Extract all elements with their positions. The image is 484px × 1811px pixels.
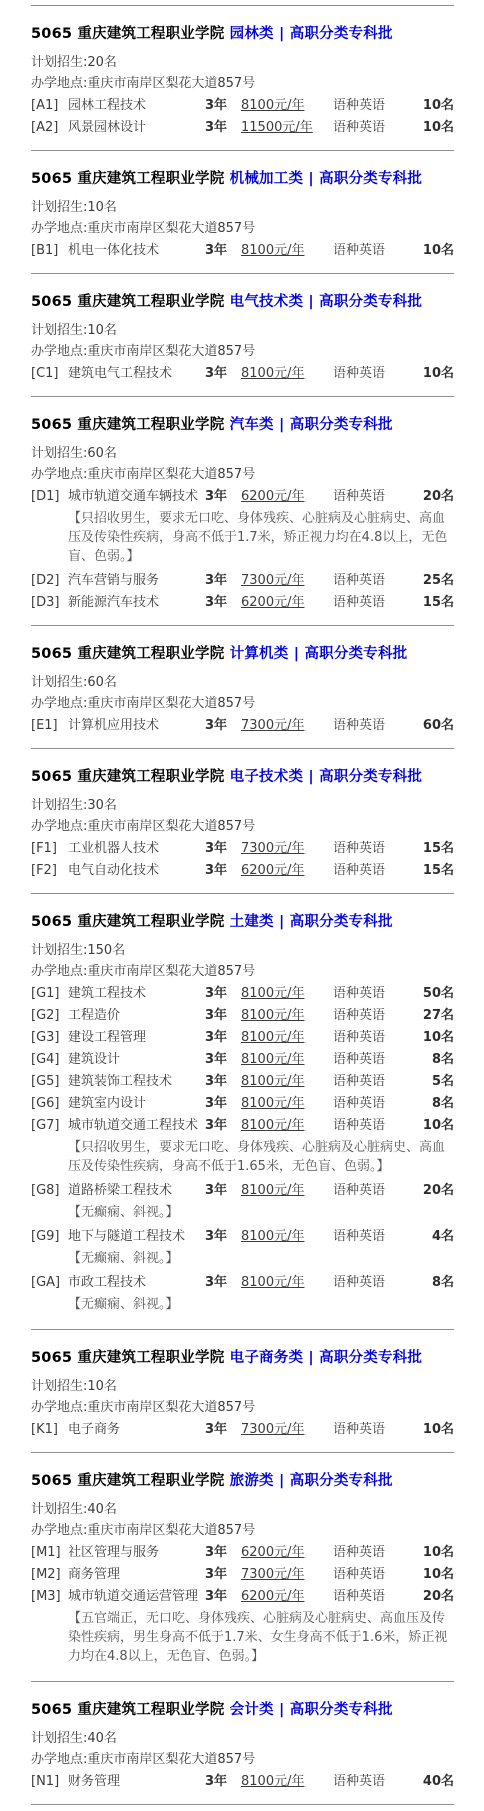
section-divider: [31, 396, 454, 397]
section-bottom-spacer: [31, 139, 454, 150]
enrollment-count: 5名: [411, 1071, 454, 1093]
major-row: [F1] 工业机器人技术 3年 7300元/年 语种英语 15名: [31, 838, 454, 860]
language-requirement: 语种英语: [333, 592, 411, 614]
major-code: [G2]: [31, 1005, 68, 1027]
major-rows: [A1] 园林工程技术 3年 8100元/年 语种英语 10名 [A2] 风景园…: [31, 95, 454, 139]
major-name: 园林工程技术: [68, 95, 205, 117]
major-rows: [K1] 电子商务 3年 7300元/年 语种英语 10名: [31, 1419, 454, 1441]
enrollment-count: 10名: [411, 1542, 454, 1564]
study-duration: 3年: [205, 983, 241, 1005]
section-bottom-spacer: [31, 1441, 454, 1452]
language-requirement: 语种英语: [333, 1180, 411, 1202]
tuition-fee-link[interactable]: 8100元/年: [241, 1093, 333, 1115]
major-code: [K1]: [31, 1419, 68, 1441]
study-duration: 3年: [205, 1586, 241, 1608]
section-divider: [31, 748, 454, 749]
study-duration: 3年: [205, 1180, 241, 1202]
school-code-name: 5065 重庆建筑工程职业学院: [31, 294, 224, 310]
tuition-fee-link[interactable]: 8100元/年: [241, 363, 333, 385]
plan-quota-line: 计划招生:10名: [31, 320, 454, 341]
campus-location-line: 办学地点:重庆市南岸区梨花大道857号: [31, 1397, 454, 1418]
enrollment-count: 20名: [411, 1586, 454, 1608]
major-name: 建筑工程技术: [68, 983, 205, 1005]
language-requirement: 语种英语: [333, 1771, 411, 1793]
language-requirement: 语种英语: [333, 486, 411, 508]
school-code-name: 5065 重庆建筑工程职业学院: [31, 26, 224, 42]
major-code: [C1]: [31, 363, 68, 385]
major-row: [D3] 新能源汽车技术 3年 6200元/年 语种英语 15名: [31, 592, 454, 614]
major-code: [G4]: [31, 1049, 68, 1071]
section-bottom-spacer: [31, 1793, 454, 1804]
study-duration: 3年: [205, 1093, 241, 1115]
section-divider: [31, 150, 454, 151]
section-divider: [31, 1804, 454, 1805]
enrollment-count: 20名: [411, 486, 454, 508]
school-code-name: 5065 重庆建筑工程职业学院: [31, 171, 224, 187]
major-code: [D3]: [31, 592, 68, 614]
category-section: 5065 重庆建筑工程职业学院 旅游类 | 高职分类专科批 计划招生:40名 办…: [31, 1452, 454, 1681]
enrollment-count: 15名: [411, 592, 454, 614]
section-title: 5065 重庆建筑工程职业学院 电气技术类 | 高职分类专科批: [31, 290, 454, 311]
enrollment-count: 10名: [411, 1027, 454, 1049]
major-code: [G6]: [31, 1093, 68, 1115]
major-row: [M1] 社区管理与服务 3年 6200元/年 语种英语 10名: [31, 1542, 454, 1564]
study-duration: 3年: [205, 486, 241, 508]
major-row: [D2] 汽车营销与服务 3年 7300元/年 语种英语 25名: [31, 570, 454, 592]
major-name: 建设工程管理: [68, 1027, 205, 1049]
category-batch-label: 电子商务类 | 高职分类专科批: [230, 1350, 422, 1366]
major-code: [F2]: [31, 860, 68, 882]
major-code: [G7]: [31, 1115, 68, 1137]
major-row: [GA] 市政工程技术 3年 8100元/年 语种英语 8名: [31, 1272, 454, 1294]
major-name: 计算机应用技术: [68, 715, 205, 737]
category-section: 5065 重庆建筑工程职业学院 电子技术类 | 高职分类专科批 计划招生:30名…: [31, 748, 454, 893]
major-row: [G9] 地下与隧道工程技术 3年 8100元/年 语种英语 4名: [31, 1226, 454, 1248]
study-duration: 3年: [205, 838, 241, 860]
major-row: [N1] 财务管理 3年 8100元/年 语种英语 40名: [31, 1771, 454, 1793]
major-row: [F2] 电气自动化技术 3年 6200元/年 语种英语 15名: [31, 860, 454, 882]
study-duration: 3年: [205, 1226, 241, 1248]
major-code: [G1]: [31, 983, 68, 1005]
language-requirement: 语种英语: [333, 1093, 411, 1115]
major-row: [B1] 机电一体化技术 3年 8100元/年 语种英语 10名: [31, 240, 454, 262]
major-code: [GA]: [31, 1272, 68, 1294]
section-divider: [31, 273, 454, 274]
tuition-fee-link[interactable]: 8100元/年: [241, 1049, 333, 1071]
major-row: [D1] 城市轨道交通车辆技术 3年 6200元/年 语种英语 20名: [31, 486, 454, 508]
tuition-fee-link[interactable]: 6200元/年: [241, 486, 333, 508]
major-row: [G8] 道路桥梁工程技术 3年 8100元/年 语种英语 20名: [31, 1180, 454, 1202]
study-duration: 3年: [205, 117, 241, 139]
category-section: 5065 重庆建筑工程职业学院 园林类 | 高职分类专科批 计划招生:20名 办…: [31, 5, 454, 150]
admission-note: 【五官端正，无口吃、身体残疾、心脏病及心脏病史、高血压及传染性疾病，男生身高不低…: [68, 1609, 448, 1666]
enrollment-count: 4名: [411, 1226, 454, 1248]
enrollment-count: 50名: [411, 983, 454, 1005]
major-name: 新能源汽车技术: [68, 592, 205, 614]
school-code-name: 5065 重庆建筑工程职业学院: [31, 1350, 224, 1366]
major-name: 风景园林设计: [68, 117, 205, 139]
major-rows: [E1] 计算机应用技术 3年 7300元/年 语种英语 60名: [31, 715, 454, 737]
tuition-fee-link[interactable]: 8100元/年: [241, 1005, 333, 1027]
language-requirement: 语种英语: [333, 1272, 411, 1294]
tuition-fee-link[interactable]: 11500元/年: [241, 117, 333, 139]
language-requirement: 语种英语: [333, 1027, 411, 1049]
major-rows: [B1] 机电一体化技术 3年 8100元/年 语种英语 10名: [31, 240, 454, 262]
category-batch-label: 汽车类 | 高职分类专科批: [230, 417, 393, 433]
admission-note: 【无癫痫、斜视。】: [68, 1295, 448, 1314]
language-requirement: 语种英语: [333, 1419, 411, 1441]
enrollment-count: 15名: [411, 838, 454, 860]
campus-location-line: 办学地点:重庆市南岸区梨花大道857号: [31, 961, 454, 982]
enrollment-count: 10名: [411, 95, 454, 117]
campus-location-line: 办学地点:重庆市南岸区梨花大道857号: [31, 73, 454, 94]
major-row: [G1] 建筑工程技术 3年 8100元/年 语种英语 50名: [31, 983, 454, 1005]
major-rows: [F1] 工业机器人技术 3年 7300元/年 语种英语 15名 [F2] 电气…: [31, 838, 454, 882]
major-code: [G9]: [31, 1226, 68, 1248]
category-batch-label: 机械加工类 | 高职分类专科批: [230, 171, 422, 187]
major-row: [A2] 风景园林设计 3年 11500元/年 语种英语 10名: [31, 117, 454, 139]
major-row: [E1] 计算机应用技术 3年 7300元/年 语种英语 60名: [31, 715, 454, 737]
section-bottom-spacer: [31, 1670, 454, 1681]
major-name: 市政工程技术: [68, 1272, 205, 1294]
major-name: 工程造价: [68, 1005, 205, 1027]
plan-quota-line: 计划招生:40名: [31, 1499, 454, 1520]
plan-quota-line: 计划招生:60名: [31, 443, 454, 464]
enrollment-count: 15名: [411, 860, 454, 882]
major-code: [B1]: [31, 240, 68, 262]
major-name: 建筑设计: [68, 1049, 205, 1071]
category-batch-label: 电子技术类 | 高职分类专科批: [230, 769, 422, 785]
language-requirement: 语种英语: [333, 117, 411, 139]
major-name: 城市轨道交通车辆技术: [68, 486, 205, 508]
category-section: 5065 重庆建筑工程职业学院 汽车类 | 高职分类专科批 计划招生:60名 办…: [31, 396, 454, 625]
plan-quota-line: 计划招生:10名: [31, 197, 454, 218]
enrollment-count: 10名: [411, 240, 454, 262]
campus-location-line: 办学地点:重庆市南岸区梨花大道857号: [31, 816, 454, 837]
tuition-fee-link[interactable]: 8100元/年: [241, 983, 333, 1005]
tuition-fee-link[interactable]: 6200元/年: [241, 860, 333, 882]
major-code: [F1]: [31, 838, 68, 860]
section-title: 5065 重庆建筑工程职业学院 园林类 | 高职分类专科批: [31, 22, 454, 43]
school-code-name: 5065 重庆建筑工程职业学院: [31, 914, 224, 930]
tuition-fee-link[interactable]: 8100元/年: [241, 1226, 333, 1248]
enrollment-count: 25名: [411, 570, 454, 592]
study-duration: 3年: [205, 95, 241, 117]
language-requirement: 语种英语: [333, 715, 411, 737]
enrollment-count: 10名: [411, 1419, 454, 1441]
section-title: 5065 重庆建筑工程职业学院 会计类 | 高职分类专科批: [31, 1698, 454, 1719]
major-name: 城市轨道交通工程技术: [68, 1115, 205, 1137]
admission-note: 【无癫痫、斜视。】: [68, 1203, 448, 1222]
language-requirement: 语种英语: [333, 1586, 411, 1608]
plan-quota-line: 计划招生:20名: [31, 52, 454, 73]
tuition-fee-link[interactable]: 8100元/年: [241, 240, 333, 262]
major-rows: [D1] 城市轨道交通车辆技术 3年 6200元/年 语种英语 20名 【只招收…: [31, 486, 454, 614]
tuition-fee-link[interactable]: 7300元/年: [241, 1564, 333, 1586]
enrollment-count: 40名: [411, 1771, 454, 1793]
language-requirement: 语种英语: [333, 570, 411, 592]
campus-location-line: 办学地点:重庆市南岸区梨花大道857号: [31, 1520, 454, 1541]
major-name: 电子商务: [68, 1419, 205, 1441]
major-name: 电气自动化技术: [68, 860, 205, 882]
tuition-fee-link[interactable]: 8100元/年: [241, 1180, 333, 1202]
plan-quota-line: 计划招生:60名: [31, 672, 454, 693]
category-section: 5065 重庆建筑工程职业学院 电子商务类 | 高职分类专科批 计划招生:10名…: [31, 1329, 454, 1452]
category-batch-label: 计算机类 | 高职分类专科批: [230, 646, 408, 662]
school-code-name: 5065 重庆建筑工程职业学院: [31, 1473, 224, 1489]
section-divider: [31, 1681, 454, 1682]
tuition-fee-link[interactable]: 7300元/年: [241, 570, 333, 592]
major-row: [C1] 建筑电气工程技术 3年 8100元/年 语种英语 10名: [31, 363, 454, 385]
plan-quota-line: 计划招生:40名: [31, 1728, 454, 1749]
study-duration: 3年: [205, 570, 241, 592]
tuition-fee-link[interactable]: 8100元/年: [241, 1071, 333, 1093]
language-requirement: 语种英语: [333, 1564, 411, 1586]
major-code: [M3]: [31, 1586, 68, 1608]
tuition-fee-link[interactable]: 8100元/年: [241, 1272, 333, 1294]
major-row: [G7] 城市轨道交通工程技术 3年 8100元/年 语种英语 10名: [31, 1115, 454, 1137]
category-section: 5065 重庆建筑工程职业学院 会计类 | 高职分类专科批 计划招生:40名 办…: [31, 1681, 454, 1804]
major-row: [G5] 建筑装饰工程技术 3年 8100元/年 语种英语 5名: [31, 1071, 454, 1093]
section-bottom-spacer: [31, 1318, 454, 1329]
language-requirement: 语种英语: [333, 1542, 411, 1564]
major-row: [M2] 商务管理 3年 7300元/年 语种英语 10名: [31, 1564, 454, 1586]
major-row: [A1] 园林工程技术 3年 8100元/年 语种英语 10名: [31, 95, 454, 117]
plan-quota-line: 计划招生:10名: [31, 1376, 454, 1397]
tuition-fee-link[interactable]: 7300元/年: [241, 1419, 333, 1441]
school-code-name: 5065 重庆建筑工程职业学院: [31, 1702, 224, 1718]
major-rows: [C1] 建筑电气工程技术 3年 8100元/年 语种英语 10名: [31, 363, 454, 385]
major-code: [G8]: [31, 1180, 68, 1202]
language-requirement: 语种英语: [333, 1071, 411, 1093]
school-code-name: 5065 重庆建筑工程职业学院: [31, 417, 224, 433]
section-bottom-spacer: [31, 385, 454, 396]
section-divider: [31, 1329, 454, 1330]
section-bottom-spacer: [31, 262, 454, 273]
tuition-fee-link[interactable]: 8100元/年: [241, 95, 333, 117]
major-row: [G4] 建筑设计 3年 8100元/年 语种英语 8名: [31, 1049, 454, 1071]
tuition-fee-link[interactable]: 6200元/年: [241, 1542, 333, 1564]
enrollment-count: 8名: [411, 1049, 454, 1071]
tuition-fee-link[interactable]: 6200元/年: [241, 592, 333, 614]
admission-plan-page: 5065 重庆建筑工程职业学院 园林类 | 高职分类专科批 计划招生:20名 办…: [0, 0, 484, 1811]
language-requirement: 语种英语: [333, 838, 411, 860]
category-batch-label: 旅游类 | 高职分类专科批: [230, 1473, 393, 1489]
tuition-fee-link[interactable]: 8100元/年: [241, 1771, 333, 1793]
tuition-fee-link[interactable]: 7300元/年: [241, 715, 333, 737]
section-title: 5065 重庆建筑工程职业学院 电子技术类 | 高职分类专科批: [31, 765, 454, 786]
major-row: [G3] 建设工程管理 3年 8100元/年 语种英语 10名: [31, 1027, 454, 1049]
language-requirement: 语种英语: [333, 240, 411, 262]
enrollment-count: 10名: [411, 363, 454, 385]
study-duration: 3年: [205, 363, 241, 385]
study-duration: 3年: [205, 1005, 241, 1027]
section-bottom-spacer: [31, 614, 454, 625]
school-code-name: 5065 重庆建筑工程职业学院: [31, 769, 224, 785]
enrollment-count: 60名: [411, 715, 454, 737]
campus-location-line: 办学地点:重庆市南岸区梨花大道857号: [31, 464, 454, 485]
major-rows: [M1] 社区管理与服务 3年 6200元/年 语种英语 10名 [M2] 商务…: [31, 1542, 454, 1666]
campus-location-line: 办学地点:重庆市南岸区梨花大道857号: [31, 1749, 454, 1770]
study-duration: 3年: [205, 1049, 241, 1071]
category-section: 5065 重庆建筑工程职业学院 计算机类 | 高职分类专科批 计划招生:60名 …: [31, 625, 454, 748]
major-code: [D1]: [31, 486, 68, 508]
major-code: [G5]: [31, 1071, 68, 1093]
language-requirement: 语种英语: [333, 363, 411, 385]
language-requirement: 语种英语: [333, 860, 411, 882]
language-requirement: 语种英语: [333, 1005, 411, 1027]
tuition-fee-link[interactable]: 8100元/年: [241, 1027, 333, 1049]
section-title: 5065 重庆建筑工程职业学院 旅游类 | 高职分类专科批: [31, 1469, 454, 1490]
study-duration: 3年: [205, 1771, 241, 1793]
section-divider: [31, 1452, 454, 1453]
study-duration: 3年: [205, 1419, 241, 1441]
category-batch-label: 电气技术类 | 高职分类专科批: [230, 294, 422, 310]
section-title: 5065 重庆建筑工程职业学院 电子商务类 | 高职分类专科批: [31, 1346, 454, 1367]
enrollment-count: 8名: [411, 1272, 454, 1294]
category-section: 5065 重庆建筑工程职业学院 电气技术类 | 高职分类专科批 计划招生:10名…: [31, 273, 454, 396]
major-code: [N1]: [31, 1771, 68, 1793]
enrollment-count: 10名: [411, 1564, 454, 1586]
section-title: 5065 重庆建筑工程职业学院 汽车类 | 高职分类专科批: [31, 413, 454, 434]
section-bottom-spacer: [31, 882, 454, 893]
major-code: [A2]: [31, 117, 68, 139]
admission-note: 【只招收男生，要求无口吃、身体残疾、心脏病及心脏病史、高血压及传染性疾病，身高不…: [68, 509, 448, 566]
section-title: 5065 重庆建筑工程职业学院 计算机类 | 高职分类专科批: [31, 642, 454, 663]
section-bottom-spacer: [31, 737, 454, 748]
enrollment-count: 8名: [411, 1093, 454, 1115]
major-name: 建筑室内设计: [68, 1093, 205, 1115]
campus-location-line: 办学地点:重庆市南岸区梨花大道857号: [31, 693, 454, 714]
study-duration: 3年: [205, 1542, 241, 1564]
language-requirement: 语种英语: [333, 1049, 411, 1071]
study-duration: 3年: [205, 592, 241, 614]
plan-quota-line: 计划招生:150名: [31, 940, 454, 961]
language-requirement: 语种英语: [333, 983, 411, 1005]
study-duration: 3年: [205, 240, 241, 262]
tuition-fee-link[interactable]: 8100元/年: [241, 1115, 333, 1137]
sections-container: 5065 重庆建筑工程职业学院 园林类 | 高职分类专科批 计划招生:20名 办…: [31, 5, 454, 1805]
major-rows: [G1] 建筑工程技术 3年 8100元/年 语种英语 50名 [G2] 工程造…: [31, 983, 454, 1314]
section-title: 5065 重庆建筑工程职业学院 土建类 | 高职分类专科批: [31, 910, 454, 931]
section-divider: [31, 893, 454, 894]
study-duration: 3年: [205, 1115, 241, 1137]
language-requirement: 语种英语: [333, 1226, 411, 1248]
major-name: 城市轨道交通运营管理: [68, 1586, 205, 1608]
major-code: [M1]: [31, 1542, 68, 1564]
section-divider: [31, 5, 454, 6]
enrollment-count: 10名: [411, 1115, 454, 1137]
major-name: 商务管理: [68, 1564, 205, 1586]
major-rows: [N1] 财务管理 3年 8100元/年 语种英语 40名: [31, 1771, 454, 1793]
plan-quota-line: 计划招生:30名: [31, 795, 454, 816]
category-section: 5065 重庆建筑工程职业学院 土建类 | 高职分类专科批 计划招生:150名 …: [31, 893, 454, 1329]
study-duration: 3年: [205, 1564, 241, 1586]
major-name: 工业机器人技术: [68, 838, 205, 860]
study-duration: 3年: [205, 1071, 241, 1093]
major-row: [M3] 城市轨道交通运营管理 3年 6200元/年 语种英语 20名: [31, 1586, 454, 1608]
major-code: [D2]: [31, 570, 68, 592]
study-duration: 3年: [205, 1272, 241, 1294]
section-title: 5065 重庆建筑工程职业学院 机械加工类 | 高职分类专科批: [31, 167, 454, 188]
major-name: 机电一体化技术: [68, 240, 205, 262]
category-batch-label: 土建类 | 高职分类专科批: [230, 914, 393, 930]
admission-note: 【只招收男生，要求无口吃、身体残疾、心脏病及心脏病史、高血压及传染性疾病，身高不…: [68, 1138, 448, 1176]
major-name: 财务管理: [68, 1771, 205, 1793]
enrollment-count: 27名: [411, 1005, 454, 1027]
major-code: [M2]: [31, 1564, 68, 1586]
study-duration: 3年: [205, 715, 241, 737]
major-name: 社区管理与服务: [68, 1542, 205, 1564]
enrollment-count: 20名: [411, 1180, 454, 1202]
major-code: [G3]: [31, 1027, 68, 1049]
major-name: 建筑电气工程技术: [68, 363, 205, 385]
major-name: 建筑装饰工程技术: [68, 1071, 205, 1093]
major-name: 汽车营销与服务: [68, 570, 205, 592]
major-name: 地下与隧道工程技术: [68, 1226, 205, 1248]
school-code-name: 5065 重庆建筑工程职业学院: [31, 646, 224, 662]
category-batch-label: 会计类 | 高职分类专科批: [230, 1702, 393, 1718]
major-row: [K1] 电子商务 3年 7300元/年 语种英语 10名: [31, 1419, 454, 1441]
tuition-fee-link[interactable]: 7300元/年: [241, 838, 333, 860]
campus-location-line: 办学地点:重庆市南岸区梨花大道857号: [31, 341, 454, 362]
study-duration: 3年: [205, 860, 241, 882]
major-name: 道路桥梁工程技术: [68, 1180, 205, 1202]
campus-location-line: 办学地点:重庆市南岸区梨花大道857号: [31, 218, 454, 239]
tuition-fee-link[interactable]: 6200元/年: [241, 1586, 333, 1608]
admission-note: 【无癫痫、斜视。】: [68, 1249, 448, 1268]
category-batch-label: 园林类 | 高职分类专科批: [230, 26, 393, 42]
language-requirement: 语种英语: [333, 1115, 411, 1137]
major-code: [A1]: [31, 95, 68, 117]
major-code: [E1]: [31, 715, 68, 737]
enrollment-count: 10名: [411, 117, 454, 139]
major-row: [G2] 工程造价 3年 8100元/年 语种英语 27名: [31, 1005, 454, 1027]
language-requirement: 语种英语: [333, 95, 411, 117]
major-row: [G6] 建筑室内设计 3年 8100元/年 语种英语 8名: [31, 1093, 454, 1115]
study-duration: 3年: [205, 1027, 241, 1049]
section-divider: [31, 625, 454, 626]
category-section: 5065 重庆建筑工程职业学院 机械加工类 | 高职分类专科批 计划招生:10名…: [31, 150, 454, 273]
